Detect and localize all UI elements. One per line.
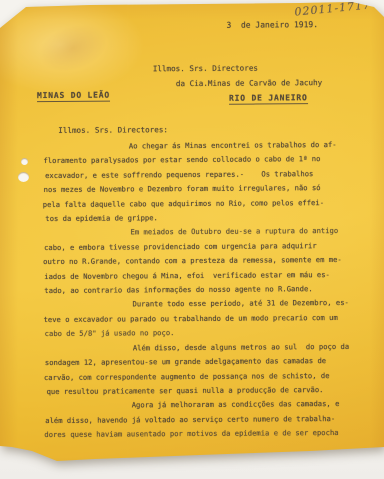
letter-content: 02011-1717 3 de Janeiro 1919. Illmos. Sr…: [0, 0, 384, 479]
body-line: dores quese haviam ausentado por motivos…: [44, 426, 347, 443]
letter-paper: 02011-1717 3 de Janeiro 1919. Illmos. Sr…: [0, 0, 384, 479]
scanned-letter-page: 02011-1717 3 de Janeiro 1919. Illmos. Sr…: [0, 0, 384, 479]
handwritten-archival-ref: 02011-1717: [294, 0, 372, 19]
salutation: Illmos. Srs. Directores:: [58, 125, 168, 135]
letter-date: 3 de Janeiro 1919.: [226, 20, 318, 30]
origin-location: MINAS DO LEÃO: [37, 91, 110, 103]
paper-shadow: 02011-1717 3 de Janeiro 1919. Illmos. Sr…: [0, 0, 384, 479]
addressee-line-2: da Cia.Minas de Carvão de Jacuhy: [176, 78, 322, 88]
addressee-line-1: Illmos. Srs. Directores: [153, 64, 258, 74]
destination-city: RIO DE JANEIRO: [229, 93, 308, 105]
letter-body: Ao chegar ás Minas encontrei os trabalho…: [43, 138, 348, 443]
